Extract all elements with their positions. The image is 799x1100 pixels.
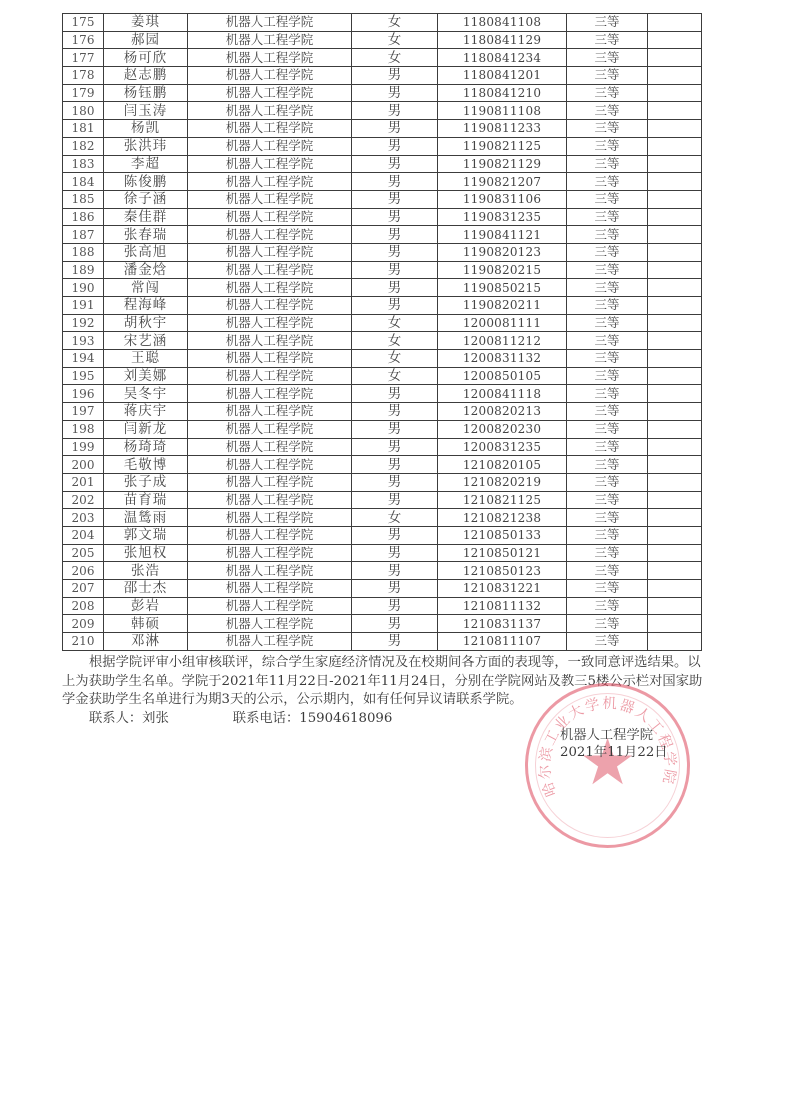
row-number-cell: 200 [63, 456, 104, 474]
row-number-cell: 210 [63, 633, 104, 651]
table-row: 209韩硕机器人工程学院男1210831137三等 [63, 615, 702, 633]
grant-level-cell: 三等 [567, 615, 648, 633]
table-row: 184陈俊鹏机器人工程学院男1190821207三等 [63, 173, 702, 191]
grant-level-cell: 三等 [567, 562, 648, 580]
student-name-cell: 刘美娜 [104, 367, 188, 385]
student-name-cell: 邵士杰 [104, 580, 188, 598]
student-name-cell: 王聪 [104, 350, 188, 368]
table-row: 197蒋庆宇机器人工程学院男1200820213三等 [63, 403, 702, 421]
student-id-cell: 1200831132 [438, 350, 567, 368]
student-id-cell: 1190821125 [438, 137, 567, 155]
remark-cell [648, 102, 702, 120]
student-id-cell: 1210831221 [438, 580, 567, 598]
remark-cell [648, 120, 702, 138]
student-id-cell: 1180841108 [438, 14, 567, 32]
remark-cell [648, 49, 702, 67]
remark-cell [648, 190, 702, 208]
table-row: 181杨凯机器人工程学院男1190811233三等 [63, 120, 702, 138]
student-id-cell: 1200841118 [438, 385, 567, 403]
student-name-cell: 杨钰鹏 [104, 84, 188, 102]
college-name-cell: 机器人工程学院 [188, 403, 352, 421]
student-id-cell: 1190821129 [438, 155, 567, 173]
grant-level-cell: 三等 [567, 597, 648, 615]
row-number-cell: 203 [63, 509, 104, 527]
student-id-cell: 1200831235 [438, 438, 567, 456]
row-number-cell: 209 [63, 615, 104, 633]
gender-cell: 女 [352, 314, 438, 332]
student-id-cell: 1190820215 [438, 261, 567, 279]
student-id-cell: 1180841201 [438, 67, 567, 85]
student-id-cell: 1190850215 [438, 279, 567, 297]
student-name-cell: 张旭权 [104, 544, 188, 562]
student-id-cell: 1210850133 [438, 526, 567, 544]
table-row: 196吴冬宇机器人工程学院男1200841118三等 [63, 385, 702, 403]
college-name-cell: 机器人工程学院 [188, 580, 352, 598]
gender-cell: 男 [352, 633, 438, 651]
student-id-cell: 1210850121 [438, 544, 567, 562]
table-row: 178赵志鹏机器人工程学院男1180841201三等 [63, 67, 702, 85]
student-id-cell: 1190811233 [438, 120, 567, 138]
gender-cell: 男 [352, 67, 438, 85]
row-number-cell: 187 [63, 226, 104, 244]
grant-level-cell: 三等 [567, 102, 648, 120]
college-name-cell: 机器人工程学院 [188, 190, 352, 208]
grant-level-cell: 三等 [567, 49, 648, 67]
table-row: 207邵士杰机器人工程学院男1210831221三等 [63, 580, 702, 598]
table-row: 204郭文瑞机器人工程学院男1210850133三等 [63, 526, 702, 544]
student-name-cell: 吴冬宇 [104, 385, 188, 403]
table-row: 203温鸶雨机器人工程学院女1210821238三等 [63, 509, 702, 527]
row-number-cell: 195 [63, 367, 104, 385]
remark-cell [648, 279, 702, 297]
student-name-cell: 苗育瑞 [104, 491, 188, 509]
student-id-cell: 1200820230 [438, 420, 567, 438]
gender-cell: 男 [352, 385, 438, 403]
grant-level-cell: 三等 [567, 190, 648, 208]
row-number-cell: 179 [63, 84, 104, 102]
student-name-cell: 郭文瑞 [104, 526, 188, 544]
grant-level-cell: 三等 [567, 438, 648, 456]
row-number-cell: 194 [63, 350, 104, 368]
college-name-cell: 机器人工程学院 [188, 491, 352, 509]
remark-cell [648, 544, 702, 562]
student-name-cell: 张春瑞 [104, 226, 188, 244]
row-number-cell: 188 [63, 243, 104, 261]
remark-cell [648, 491, 702, 509]
grant-level-cell: 三等 [567, 120, 648, 138]
grant-level-cell: 三等 [567, 544, 648, 562]
student-id-cell: 1210820105 [438, 456, 567, 474]
remark-cell [648, 385, 702, 403]
student-name-cell: 张高旭 [104, 243, 188, 261]
college-name-cell: 机器人工程学院 [188, 137, 352, 155]
table-row: 202苗育瑞机器人工程学院男1210821125三等 [63, 491, 702, 509]
college-name-cell: 机器人工程学院 [188, 473, 352, 491]
row-number-cell: 181 [63, 120, 104, 138]
gender-cell: 男 [352, 120, 438, 138]
student-name-cell: 张子成 [104, 473, 188, 491]
gender-cell: 男 [352, 297, 438, 315]
row-number-cell: 184 [63, 173, 104, 191]
table-row: 177杨可欣机器人工程学院女1180841234三等 [63, 49, 702, 67]
table-row: 205张旭权机器人工程学院男1210850121三等 [63, 544, 702, 562]
gender-cell: 女 [352, 367, 438, 385]
student-roster-table: 175姜琪机器人工程学院女1180841108三等176郝园机器人工程学院女11… [62, 13, 702, 651]
student-name-cell: 毛敬博 [104, 456, 188, 474]
signature-date: 2021年11月22日 [560, 744, 668, 761]
student-name-cell: 温鸶雨 [104, 509, 188, 527]
gender-cell: 女 [352, 14, 438, 32]
gender-cell: 男 [352, 137, 438, 155]
table-row: 199杨琦琦机器人工程学院男1200831235三等 [63, 438, 702, 456]
row-number-cell: 175 [63, 14, 104, 32]
college-name-cell: 机器人工程学院 [188, 385, 352, 403]
student-name-cell: 杨凯 [104, 120, 188, 138]
student-name-cell: 张洪玮 [104, 137, 188, 155]
gender-cell: 男 [352, 544, 438, 562]
student-id-cell: 1190820211 [438, 297, 567, 315]
remark-cell [648, 173, 702, 191]
grant-level-cell: 三等 [567, 509, 648, 527]
student-id-cell: 1190841121 [438, 226, 567, 244]
table-row: 183李超机器人工程学院男1190821129三等 [63, 155, 702, 173]
college-name-cell: 机器人工程学院 [188, 438, 352, 456]
student-name-cell: 赵志鹏 [104, 67, 188, 85]
college-name-cell: 机器人工程学院 [188, 243, 352, 261]
student-name-cell: 闫新龙 [104, 420, 188, 438]
row-number-cell: 191 [63, 297, 104, 315]
grant-level-cell: 三等 [567, 633, 648, 651]
gender-cell: 男 [352, 438, 438, 456]
student-id-cell: 1200850105 [438, 367, 567, 385]
table-row: 198闫新龙机器人工程学院男1200820230三等 [63, 420, 702, 438]
table-row: 180闫玉涛机器人工程学院男1190811108三等 [63, 102, 702, 120]
remark-cell [648, 615, 702, 633]
student-id-cell: 1200081111 [438, 314, 567, 332]
row-number-cell: 207 [63, 580, 104, 598]
row-number-cell: 190 [63, 279, 104, 297]
table-row: 200毛敬博机器人工程学院男1210820105三等 [63, 456, 702, 474]
college-name-cell: 机器人工程学院 [188, 562, 352, 580]
student-id-cell: 1190831235 [438, 208, 567, 226]
remark-cell [648, 226, 702, 244]
remark-cell [648, 14, 702, 32]
table-row: 192胡秋宇机器人工程学院女1200081111三等 [63, 314, 702, 332]
grant-level-cell: 三等 [567, 155, 648, 173]
roster-body: 175姜琪机器人工程学院女1180841108三等176郝园机器人工程学院女11… [63, 14, 702, 651]
college-name-cell: 机器人工程学院 [188, 67, 352, 85]
gender-cell: 男 [352, 526, 438, 544]
grant-level-cell: 三等 [567, 67, 648, 85]
row-number-cell: 189 [63, 261, 104, 279]
table-row: 190常闯机器人工程学院男1190850215三等 [63, 279, 702, 297]
college-name-cell: 机器人工程学院 [188, 155, 352, 173]
college-name-cell: 机器人工程学院 [188, 367, 352, 385]
gender-cell: 男 [352, 261, 438, 279]
grant-level-cell: 三等 [567, 208, 648, 226]
college-name-cell: 机器人工程学院 [188, 261, 352, 279]
college-name-cell: 机器人工程学院 [188, 526, 352, 544]
gender-cell: 男 [352, 597, 438, 615]
student-id-cell: 1210820219 [438, 473, 567, 491]
gender-cell: 男 [352, 473, 438, 491]
student-name-cell: 胡秋宇 [104, 314, 188, 332]
college-name-cell: 机器人工程学院 [188, 84, 352, 102]
table-row: 188张高旭机器人工程学院男1190820123三等 [63, 243, 702, 261]
grant-level-cell: 三等 [567, 332, 648, 350]
table-row: 206张浩机器人工程学院男1210850123三等 [63, 562, 702, 580]
student-name-cell: 常闯 [104, 279, 188, 297]
college-name-cell: 机器人工程学院 [188, 456, 352, 474]
student-id-cell: 1210811107 [438, 633, 567, 651]
student-name-cell: 杨可欣 [104, 49, 188, 67]
remark-cell [648, 367, 702, 385]
student-id-cell: 1210821125 [438, 491, 567, 509]
college-name-cell: 机器人工程学院 [188, 102, 352, 120]
row-number-cell: 186 [63, 208, 104, 226]
remark-cell [648, 456, 702, 474]
gender-cell: 女 [352, 332, 438, 350]
student-name-cell: 邓淋 [104, 633, 188, 651]
remark-cell [648, 84, 702, 102]
remark-cell [648, 314, 702, 332]
college-name-cell: 机器人工程学院 [188, 420, 352, 438]
student-name-cell: 闫玉涛 [104, 102, 188, 120]
row-number-cell: 202 [63, 491, 104, 509]
grant-level-cell: 三等 [567, 173, 648, 191]
remark-cell [648, 31, 702, 49]
grant-level-cell: 三等 [567, 137, 648, 155]
remark-cell [648, 509, 702, 527]
college-name-cell: 机器人工程学院 [188, 615, 352, 633]
student-id-cell: 1180841129 [438, 31, 567, 49]
table-row: 193宋艺涵机器人工程学院女1200811212三等 [63, 332, 702, 350]
grant-level-cell: 三等 [567, 14, 648, 32]
official-seal: 哈尔滨工业大学机器人工程学院 ★ [525, 683, 690, 848]
table-row: 208彭岩机器人工程学院男1210811132三等 [63, 597, 702, 615]
grant-level-cell: 三等 [567, 526, 648, 544]
grant-level-cell: 三等 [567, 403, 648, 421]
row-number-cell: 185 [63, 190, 104, 208]
college-name-cell: 机器人工程学院 [188, 49, 352, 67]
student-name-cell: 张浩 [104, 562, 188, 580]
gender-cell: 男 [352, 208, 438, 226]
row-number-cell: 208 [63, 597, 104, 615]
student-id-cell: 1200811212 [438, 332, 567, 350]
row-number-cell: 206 [63, 562, 104, 580]
table-row: 179杨钰鹏机器人工程学院男1180841210三等 [63, 84, 702, 102]
remark-cell [648, 580, 702, 598]
student-id-cell: 1210831137 [438, 615, 567, 633]
college-name-cell: 机器人工程学院 [188, 509, 352, 527]
grant-level-cell: 三等 [567, 297, 648, 315]
gender-cell: 女 [352, 350, 438, 368]
remark-cell [648, 403, 702, 421]
student-name-cell: 徐子涵 [104, 190, 188, 208]
student-id-cell: 1190811108 [438, 102, 567, 120]
grant-level-cell: 三等 [567, 279, 648, 297]
remark-cell [648, 438, 702, 456]
student-name-cell: 秦佳群 [104, 208, 188, 226]
gender-cell: 男 [352, 403, 438, 421]
row-number-cell: 177 [63, 49, 104, 67]
college-name-cell: 机器人工程学院 [188, 597, 352, 615]
gender-cell: 男 [352, 173, 438, 191]
college-name-cell: 机器人工程学院 [188, 226, 352, 244]
row-number-cell: 176 [63, 31, 104, 49]
table-row: 185徐子涵机器人工程学院男1190831106三等 [63, 190, 702, 208]
row-number-cell: 193 [63, 332, 104, 350]
signature-org: 机器人工程学院 [560, 727, 668, 744]
remark-cell [648, 208, 702, 226]
student-name-cell: 陈俊鹏 [104, 173, 188, 191]
remark-cell [648, 243, 702, 261]
grant-level-cell: 三等 [567, 226, 648, 244]
grant-level-cell: 三等 [567, 473, 648, 491]
table-row: 191程海峰机器人工程学院男1190820211三等 [63, 297, 702, 315]
grant-level-cell: 三等 [567, 350, 648, 368]
table-row: 176郝园机器人工程学院女1180841129三等 [63, 31, 702, 49]
remark-cell [648, 526, 702, 544]
student-name-cell: 宋艺涵 [104, 332, 188, 350]
grant-level-cell: 三等 [567, 314, 648, 332]
row-number-cell: 198 [63, 420, 104, 438]
remark-cell [648, 420, 702, 438]
gender-cell: 男 [352, 580, 438, 598]
gender-cell: 男 [352, 190, 438, 208]
student-name-cell: 姜琪 [104, 14, 188, 32]
college-name-cell: 机器人工程学院 [188, 332, 352, 350]
grant-level-cell: 三等 [567, 420, 648, 438]
table-row: 175姜琪机器人工程学院女1180841108三等 [63, 14, 702, 32]
college-name-cell: 机器人工程学院 [188, 120, 352, 138]
student-id-cell: 1200820213 [438, 403, 567, 421]
gender-cell: 男 [352, 102, 438, 120]
gender-cell: 男 [352, 615, 438, 633]
remark-cell [648, 155, 702, 173]
table-row: 201张子成机器人工程学院男1210820219三等 [63, 473, 702, 491]
row-number-cell: 180 [63, 102, 104, 120]
student-name-cell: 彭岩 [104, 597, 188, 615]
student-name-cell: 郝园 [104, 31, 188, 49]
gender-cell: 男 [352, 243, 438, 261]
gender-cell: 男 [352, 562, 438, 580]
college-name-cell: 机器人工程学院 [188, 544, 352, 562]
college-name-cell: 机器人工程学院 [188, 350, 352, 368]
row-number-cell: 196 [63, 385, 104, 403]
student-name-cell: 潘金焓 [104, 261, 188, 279]
remark-cell [648, 350, 702, 368]
remark-cell [648, 332, 702, 350]
college-name-cell: 机器人工程学院 [188, 314, 352, 332]
student-id-cell: 1210850123 [438, 562, 567, 580]
gender-cell: 男 [352, 456, 438, 474]
contact-person: 联系人：刘张 [89, 711, 169, 726]
gender-cell: 男 [352, 84, 438, 102]
row-number-cell: 201 [63, 473, 104, 491]
student-name-cell: 李超 [104, 155, 188, 173]
remark-cell [648, 633, 702, 651]
gender-cell: 男 [352, 491, 438, 509]
signature-block: 机器人工程学院 2021年11月22日 [560, 727, 668, 761]
college-name-cell: 机器人工程学院 [188, 208, 352, 226]
row-number-cell: 182 [63, 137, 104, 155]
row-number-cell: 205 [63, 544, 104, 562]
grant-level-cell: 三等 [567, 456, 648, 474]
college-name-cell: 机器人工程学院 [188, 173, 352, 191]
row-number-cell: 199 [63, 438, 104, 456]
gender-cell: 男 [352, 420, 438, 438]
row-number-cell: 204 [63, 526, 104, 544]
table-row: 195刘美娜机器人工程学院女1200850105三等 [63, 367, 702, 385]
remark-cell [648, 297, 702, 315]
student-id-cell: 1210821238 [438, 509, 567, 527]
table-row: 194王聪机器人工程学院女1200831132三等 [63, 350, 702, 368]
grant-level-cell: 三等 [567, 580, 648, 598]
gender-cell: 男 [352, 155, 438, 173]
gender-cell: 女 [352, 509, 438, 527]
grant-level-cell: 三等 [567, 261, 648, 279]
table-row: 210邓淋机器人工程学院男1210811107三等 [63, 633, 702, 651]
table-row: 189潘金焓机器人工程学院男1190820215三等 [63, 261, 702, 279]
college-name-cell: 机器人工程学院 [188, 279, 352, 297]
student-id-cell: 1180841210 [438, 84, 567, 102]
student-name-cell: 程海峰 [104, 297, 188, 315]
college-name-cell: 机器人工程学院 [188, 31, 352, 49]
grant-level-cell: 三等 [567, 385, 648, 403]
row-number-cell: 183 [63, 155, 104, 173]
student-id-cell: 1180841234 [438, 49, 567, 67]
grant-level-cell: 三等 [567, 31, 648, 49]
college-name-cell: 机器人工程学院 [188, 297, 352, 315]
remark-cell [648, 597, 702, 615]
student-id-cell: 1210811132 [438, 597, 567, 615]
gender-cell: 女 [352, 49, 438, 67]
row-number-cell: 192 [63, 314, 104, 332]
grant-level-cell: 三等 [567, 491, 648, 509]
student-name-cell: 蒋庆宇 [104, 403, 188, 421]
college-name-cell: 机器人工程学院 [188, 14, 352, 32]
student-id-cell: 1190831106 [438, 190, 567, 208]
college-name-cell: 机器人工程学院 [188, 633, 352, 651]
student-name-cell: 韩硕 [104, 615, 188, 633]
row-number-cell: 197 [63, 403, 104, 421]
student-id-cell: 1190821207 [438, 173, 567, 191]
student-id-cell: 1190820123 [438, 243, 567, 261]
contact-phone: 联系电话：15904618096 [233, 711, 393, 726]
remark-cell [648, 67, 702, 85]
gender-cell: 女 [352, 31, 438, 49]
table-row: 186秦佳群机器人工程学院男1190831235三等 [63, 208, 702, 226]
grant-level-cell: 三等 [567, 367, 648, 385]
remark-cell [648, 137, 702, 155]
gender-cell: 男 [352, 226, 438, 244]
remark-cell [648, 562, 702, 580]
remark-cell [648, 473, 702, 491]
student-name-cell: 杨琦琦 [104, 438, 188, 456]
grant-level-cell: 三等 [567, 243, 648, 261]
grant-level-cell: 三等 [567, 84, 648, 102]
row-number-cell: 178 [63, 67, 104, 85]
gender-cell: 男 [352, 279, 438, 297]
table-row: 187张春瑞机器人工程学院男1190841121三等 [63, 226, 702, 244]
remark-cell [648, 261, 702, 279]
table-row: 182张洪玮机器人工程学院男1190821125三等 [63, 137, 702, 155]
